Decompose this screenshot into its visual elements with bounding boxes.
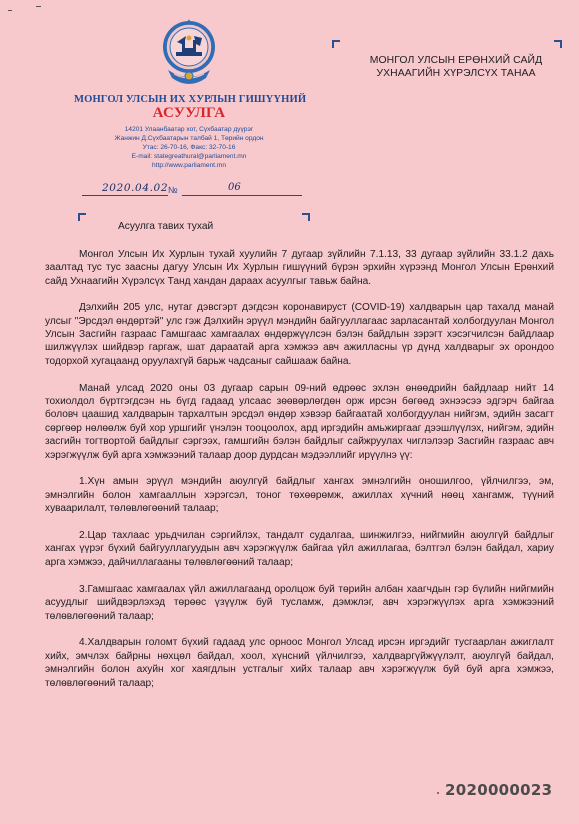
paragraph-request: Манай улсад 2020 оны 03 дугаар сарын 09-… — [45, 382, 554, 462]
addressee: МОНГОЛ УЛСЫН ЕРӨНХИЙ САЙД УХНААГИЙН ХҮРЭ… — [340, 54, 572, 80]
number-underline — [182, 195, 302, 196]
document-page: МОНГОЛ УЛСЫН ИХ ХУРЛЫН ГИШҮҮНИЙ АСУУЛГА … — [0, 0, 579, 824]
addressee-line: МОНГОЛ УЛСЫН ЕРӨНХИЙ САЙД — [340, 54, 572, 67]
question-item-3: 3.Гамшгаас хамгаалах үйл ажиллагаанд оро… — [45, 583, 554, 623]
document-type: АСУУЛГА — [74, 105, 304, 122]
question-item-4: 4.Халдварын голомт бүхий гадаад улс орно… — [45, 636, 554, 690]
date-underline — [82, 195, 168, 196]
bracket-corner-icon — [78, 213, 86, 221]
address-line: 14201 Улаанбаатар хот, Сүхбаатар дүүрэг — [74, 125, 304, 134]
date-number-line: 2020.04.02 № 06 — [82, 182, 302, 196]
registration-number: 2020000023 — [445, 781, 552, 799]
website: http://www.parliament.mn — [74, 161, 304, 170]
paragraph-context: Дэлхийн 205 улс, нутаг дэвсгэрт дэгдсэн … — [45, 301, 554, 368]
bracket-corner-icon — [302, 213, 310, 221]
bracket-corner-icon — [332, 40, 340, 48]
state-emblem-icon — [160, 18, 218, 90]
org-name: МОНГОЛ УЛСЫН ИХ ХУРЛЫН ГИШҮҮНИЙ — [74, 94, 304, 105]
handwritten-number: 06 — [228, 182, 241, 193]
letter-body: Монгол Улсын Их Хурлын тухай хуулийн 7 д… — [45, 248, 554, 703]
addressee-line: УХНААГИЙН ХҮРЭЛСҮХ ТАНАА — [340, 67, 572, 80]
bracket-corner-icon — [554, 40, 562, 48]
email: E-mail: stategreathural@parliament.mn — [74, 152, 304, 161]
number-label: № — [168, 185, 178, 195]
scan-speck — [8, 10, 12, 11]
handwritten-date: 2020.04.02 — [102, 182, 168, 194]
address-line: Жанжин Д.Сүхбаатарын талбай 1, Төрийн ор… — [74, 134, 304, 143]
scan-speck — [36, 6, 41, 7]
scan-speck — [437, 792, 439, 794]
phone-fax: Утас: 26-70-16, Факс: 32-70-16 — [74, 143, 304, 152]
question-item-2: 2.Цар тахлаас урьдчилан сэргийлэх, танда… — [45, 529, 554, 569]
question-item-1: 1.Хүн амын эрүүл мэндийн аюулгүй байдлыг… — [45, 475, 554, 515]
subject-line: Асуулга тавих тухай — [118, 221, 213, 232]
paragraph-intro: Монгол Улсын Их Хурлын тухай хуулийн 7 д… — [45, 248, 554, 288]
